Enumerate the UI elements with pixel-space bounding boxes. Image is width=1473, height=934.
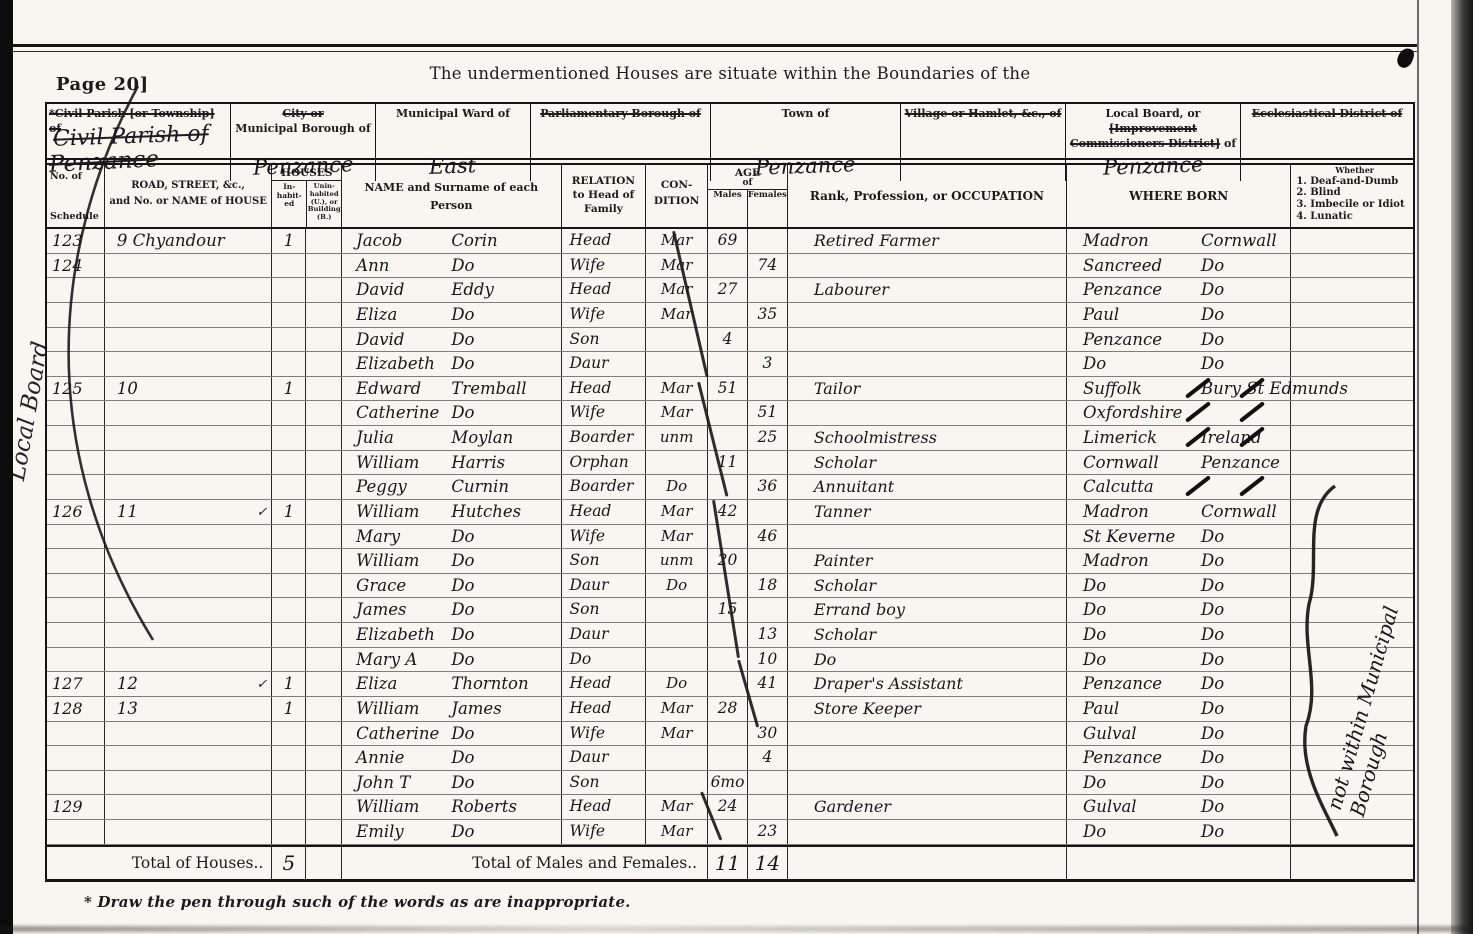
cell-inhabited: 1 [272, 377, 306, 401]
cell-name: EdwardTremball [342, 377, 561, 401]
cell-age-female [748, 598, 788, 622]
cell-where-born: DoDo [1067, 623, 1291, 647]
cell-condition [646, 746, 708, 770]
cell-condition: Mar [646, 500, 708, 524]
header-box-value: Penzance [252, 150, 353, 182]
cell-name: ElizabethDo [342, 623, 561, 647]
total-born-blank [1067, 847, 1291, 879]
table-row: 126 11✓ 1 WilliamHutches Head Mar 42 Tan… [47, 500, 1413, 525]
cell-uninhabited [306, 426, 342, 450]
cell-age-male [708, 746, 748, 770]
cell-uninhabited [306, 525, 342, 549]
header-box-value: East [429, 151, 477, 181]
cell-road [105, 746, 273, 770]
cell-uninhabited [306, 697, 342, 721]
table-row: 128 13 1 WilliamJames Head Mar 28 Store … [47, 697, 1413, 722]
cell-occupation [788, 746, 1067, 770]
cell-infirmity [1291, 229, 1413, 253]
cell-age-female [748, 500, 788, 524]
total-infirmity-blank [1291, 847, 1413, 879]
cell-name: DavidDo [342, 328, 561, 352]
header-box-value: Penzance [755, 150, 856, 182]
cell-occupation [788, 771, 1067, 795]
total-occupation-blank [788, 847, 1067, 879]
cell-age-male [708, 623, 748, 647]
cell-relation: Wife [562, 525, 647, 549]
cell-inhabited [272, 426, 306, 450]
cell-age-female: 10 [748, 648, 788, 672]
table-row: Mary ADo Do 10 Do DoDo [47, 648, 1413, 673]
total-houses-label: Total of Houses.. [47, 847, 272, 879]
cell-where-born: SuffolkBury St Edmunds [1067, 377, 1291, 401]
pen-slash [1185, 475, 1211, 497]
scan-edge-right [1451, 0, 1473, 934]
cell-age-female: 46 [748, 525, 788, 549]
cell-name: CatherineDo [342, 722, 561, 746]
cell-inhabited: 1 [272, 697, 306, 721]
cell-occupation: Tanner [788, 500, 1067, 524]
pen-slash [1185, 402, 1211, 424]
cell-uninhabited [306, 401, 342, 425]
cell-age-female: 23 [748, 820, 788, 844]
cell-where-born: MadronCornwall [1067, 500, 1291, 524]
cell-inhabited [272, 648, 306, 672]
cell-schedule [47, 722, 105, 746]
cell-uninhabited [306, 574, 342, 598]
cell-relation: Son [562, 328, 647, 352]
cell-road: 12✓ [105, 672, 273, 696]
table-row: PeggyCurnin Boarder Do 36 Annuitant Calc… [47, 475, 1413, 500]
cell-condition: Mar [646, 303, 708, 327]
cell-infirmity [1291, 352, 1413, 376]
cell-age-male: 6mo [708, 771, 748, 795]
cell-age-male [708, 525, 748, 549]
cell-infirmity [1291, 377, 1413, 401]
cell-road [105, 771, 273, 795]
cell-occupation: Labourer [788, 278, 1067, 302]
cell-condition: Mar [646, 525, 708, 549]
cell-inhabited [272, 525, 306, 549]
cell-infirmity [1291, 451, 1413, 475]
cell-where-born: Oxfordshire [1067, 401, 1291, 425]
col-header-uninhabited: Unin- habited (U.), or Building (B.) [306, 181, 341, 227]
cell-condition: unm [646, 549, 708, 573]
cell-infirmity [1291, 278, 1413, 302]
cell-occupation: Scholar [788, 574, 1067, 598]
cell-age-male [708, 401, 748, 425]
cell-inhabited [272, 574, 306, 598]
cell-condition: Do [646, 475, 708, 499]
cell-age-female [748, 278, 788, 302]
cell-condition: Mar [646, 278, 708, 302]
cell-age-female: 3 [748, 352, 788, 376]
cell-condition: Do [646, 574, 708, 598]
cell-name: AnnDo [342, 254, 561, 278]
cell-age-male [708, 352, 748, 376]
cell-relation: Wife [562, 820, 647, 844]
cell-uninhabited [306, 278, 342, 302]
cell-name: WilliamRoberts [342, 795, 561, 819]
cell-occupation: Annuitant [788, 475, 1067, 499]
cell-road [105, 820, 273, 844]
cell-name: ElizabethDo [342, 352, 561, 376]
cell-condition: Mar [646, 722, 708, 746]
cell-age-male: 27 [708, 278, 748, 302]
cell-occupation: Draper's Assistant [788, 672, 1067, 696]
cell-inhabited [272, 820, 306, 844]
col-header-infirmity: Whether 1. Deaf-and-Dumb 2. Blind 3. Imb… [1291, 165, 1413, 227]
cell-occupation: Tailor [788, 377, 1067, 401]
cell-uninhabited [306, 451, 342, 475]
table-row: 124 AnnDo Wife Mar 74 SancreedDo [47, 254, 1413, 279]
cell-inhabited [272, 254, 306, 278]
col-header-males: Males [708, 190, 747, 227]
cell-name: ElizaDo [342, 303, 561, 327]
totals-row: Total of Houses.. 5 Total of Males and F… [45, 845, 1415, 882]
cell-occupation: Do [788, 648, 1067, 672]
cell-uninhabited [306, 475, 342, 499]
cell-inhabited [272, 303, 306, 327]
cell-occupation [788, 352, 1067, 376]
cell-uninhabited [306, 795, 342, 819]
cell-relation: Son [562, 598, 647, 622]
cell-relation: Wife [562, 401, 647, 425]
header-box-value: Penzance [1102, 150, 1203, 182]
cell-age-male [708, 254, 748, 278]
cell-condition: Do [646, 672, 708, 696]
cell-relation: Wife [562, 303, 647, 327]
total-houses-value: 5 [272, 847, 306, 879]
cell-infirmity [1291, 328, 1413, 352]
total-uninhabited [306, 847, 342, 879]
cell-where-born: DoDo [1067, 771, 1291, 795]
cell-inhabited [272, 795, 306, 819]
cell-uninhabited [306, 598, 342, 622]
col-header-condition: CON- DITION [646, 165, 708, 227]
cell-name: John TDo [342, 771, 561, 795]
cell-occupation [788, 328, 1067, 352]
table-row: AnnieDo Daur 4 PenzanceDo [47, 746, 1413, 771]
cell-age-male: 69 [708, 229, 748, 253]
table-row: 123 9 Chyandour 1 JacobCorin Head Mar 69… [47, 229, 1413, 254]
cell-age-female [748, 377, 788, 401]
cell-infirmity [1291, 401, 1413, 425]
cell-condition: Mar [646, 820, 708, 844]
cell-uninhabited [306, 820, 342, 844]
table-row: GraceDo Daur Do 18 Scholar DoDo [47, 574, 1413, 599]
cell-where-born: PenzanceDo [1067, 672, 1291, 696]
cell-relation: Head [562, 500, 647, 524]
top-rule-thin [0, 51, 1417, 52]
cell-age-female: 74 [748, 254, 788, 278]
cell-where-born: Calcutta [1067, 475, 1291, 499]
cell-inhabited [272, 549, 306, 573]
cell-inhabited [272, 598, 306, 622]
col-header-inhabited: In- habit- ed [272, 181, 306, 227]
cell-name: MaryDo [342, 525, 561, 549]
cell-inhabited [272, 328, 306, 352]
cell-inhabited [272, 278, 306, 302]
col-header-females: Females [747, 190, 787, 227]
cell-where-born: DoDo [1067, 648, 1291, 672]
cell-age-female: 4 [748, 746, 788, 770]
total-females: 14 [748, 847, 788, 879]
cell-where-born: LimerickIreland [1067, 426, 1291, 450]
cell-relation: Daur [562, 746, 647, 770]
top-rule [0, 44, 1417, 47]
cell-occupation: Schoolmistress [788, 426, 1067, 450]
cell-age-male: 28 [708, 697, 748, 721]
cell-age-female [748, 328, 788, 352]
cell-age-female [748, 229, 788, 253]
cell-inhabited: 1 [272, 672, 306, 696]
cell-inhabited [272, 746, 306, 770]
table-row: DavidEddy Head Mar 27 Labourer PenzanceD… [47, 278, 1413, 303]
cell-inhabited [272, 352, 306, 376]
col-header-relation: RELATION to Head of Family [562, 165, 647, 227]
pen-slash [1239, 402, 1265, 424]
table-row: 127 12✓ 1 ElizaThornton Head Do 41 Drape… [47, 672, 1413, 697]
cell-road [105, 648, 273, 672]
cell-age-female [748, 795, 788, 819]
cell-name: EmilyDo [342, 820, 561, 844]
cell-occupation [788, 401, 1067, 425]
cell-occupation: Retired Farmer [788, 229, 1067, 253]
table-row: DavidDo Son 4 PenzanceDo [47, 328, 1413, 353]
cell-occupation: Scholar [788, 623, 1067, 647]
cell-relation: Do [562, 648, 647, 672]
footnote: * Draw the pen through such of the words… [84, 893, 631, 911]
cell-condition: Mar [646, 697, 708, 721]
cell-uninhabited [306, 746, 342, 770]
cell-relation: Wife [562, 254, 647, 278]
cell-condition [646, 352, 708, 376]
cell-road: 13 [105, 697, 273, 721]
cell-relation: Boarder [562, 475, 647, 499]
cell-age-female [748, 549, 788, 573]
cell-occupation: Store Keeper [788, 697, 1067, 721]
table-row: CatherineDo Wife Mar 51 Oxfordshire [47, 401, 1413, 426]
cell-condition: unm [646, 426, 708, 450]
cell-inhabited [272, 771, 306, 795]
cell-inhabited [272, 722, 306, 746]
cell-infirmity [1291, 254, 1413, 278]
cell-name: ElizaThornton [342, 672, 561, 696]
table-row: WilliamHarris Orphan 11 Scholar Cornwall… [47, 451, 1413, 476]
cell-name: AnnieDo [342, 746, 561, 770]
cell-age-female: 25 [748, 426, 788, 450]
cell-where-born: DoDo [1067, 598, 1291, 622]
cell-road [105, 722, 273, 746]
cell-road [105, 795, 273, 819]
cell-name: DavidEddy [342, 278, 561, 302]
cell-inhabited [272, 475, 306, 499]
cell-occupation: Errand boy [788, 598, 1067, 622]
cell-occupation [788, 722, 1067, 746]
cell-age-female: 36 [748, 475, 788, 499]
cell-infirmity [1291, 303, 1413, 327]
cell-where-born: PenzanceDo [1067, 328, 1291, 352]
cell-relation: Wife [562, 722, 647, 746]
cell-where-born: GulvalDo [1067, 795, 1291, 819]
cell-uninhabited [306, 328, 342, 352]
table-row: EmilyDo Wife Mar 23 DoDo [47, 820, 1413, 845]
cell-where-born: PenzanceDo [1067, 278, 1291, 302]
cell-name: Mary ADo [342, 648, 561, 672]
table-row: MaryDo Wife Mar 46 St KeverneDo [47, 525, 1413, 550]
cell-age-male: 20 [708, 549, 748, 573]
table-row: JuliaMoylan Boarder unm 25 Schoolmistres… [47, 426, 1413, 451]
page-edge [1417, 0, 1419, 934]
total-males-females-label: Total of Males and Females.. [342, 847, 708, 879]
cell-occupation [788, 303, 1067, 327]
cell-name: WilliamJames [342, 697, 561, 721]
check-mark: ✓ [256, 501, 267, 524]
table-head: No. of Schedule ROAD, STREET, &c., and N… [45, 163, 1415, 229]
cell-name: PeggyCurnin [342, 475, 561, 499]
cell-relation: Orphan [562, 451, 647, 475]
cell-age-female [748, 771, 788, 795]
cell-age-female: 30 [748, 722, 788, 746]
cell-where-born: PaulDo [1067, 303, 1291, 327]
census-sheet: Page 20] The undermentioned Houses are s… [0, 0, 1473, 934]
cell-condition: Mar [646, 795, 708, 819]
cell-relation: Daur [562, 574, 647, 598]
cell-condition [646, 648, 708, 672]
cell-where-born: GulvalDo [1067, 722, 1291, 746]
cell-occupation: Scholar [788, 451, 1067, 475]
scan-smudge [0, 926, 1473, 932]
cell-relation: Daur [562, 352, 647, 376]
cell-name: GraceDo [342, 574, 561, 598]
cell-age-female [748, 451, 788, 475]
cell-age-female: 41 [748, 672, 788, 696]
cell-age-female: 13 [748, 623, 788, 647]
cell-infirmity [1291, 426, 1413, 450]
header-boxes: *Civil Parish [or Township] ofCivil Pari… [45, 102, 1415, 160]
cell-relation: Head [562, 278, 647, 302]
cell-occupation [788, 820, 1067, 844]
scan-edge-left [0, 0, 13, 934]
cell-inhabited [272, 401, 306, 425]
table-row: CatherineDo Wife Mar 30 GulvalDo [47, 722, 1413, 747]
table-row: ElizaDo Wife Mar 35 PaulDo [47, 303, 1413, 328]
table-row: ElizabethDo Daur 3 DoDo [47, 352, 1413, 377]
cell-age-male: 24 [708, 795, 748, 819]
cell-age-female: 51 [748, 401, 788, 425]
cell-uninhabited [306, 771, 342, 795]
cell-age-male: 4 [708, 328, 748, 352]
table-row: 125 10 1 EdwardTremball Head Mar 51 Tail… [47, 377, 1413, 402]
cell-condition [646, 451, 708, 475]
cell-relation: Head [562, 795, 647, 819]
table-row: John TDo Son 6mo DoDo [47, 771, 1413, 796]
cell-relation: Boarder [562, 426, 647, 450]
sheet-title: The undermentioned Houses are situate wi… [45, 64, 1415, 83]
cell-name: JacobCorin [342, 229, 561, 253]
cell-relation: Head [562, 697, 647, 721]
cell-condition: Mar [646, 401, 708, 425]
cell-uninhabited [306, 377, 342, 401]
table-row: WilliamDo Son unm 20 Painter MadronDo [47, 549, 1413, 574]
cell-inhabited [272, 623, 306, 647]
cell-schedule [47, 820, 105, 844]
cell-uninhabited [306, 648, 342, 672]
cell-uninhabited [306, 672, 342, 696]
cell-name: WilliamHutches [342, 500, 561, 524]
cell-where-born: SancreedDo [1067, 254, 1291, 278]
cell-name: WilliamDo [342, 549, 561, 573]
cell-age-male [708, 303, 748, 327]
cell-relation: Son [562, 549, 647, 573]
cell-schedule [47, 746, 105, 770]
cell-relation: Head [562, 229, 647, 253]
table-row: ElizabethDo Daur 13 Scholar DoDo [47, 623, 1413, 648]
cell-inhabited: 1 [272, 500, 306, 524]
cell-uninhabited [306, 352, 342, 376]
cell-name: JuliaMoylan [342, 426, 561, 450]
cell-name: WilliamHarris [342, 451, 561, 475]
cell-condition [646, 771, 708, 795]
cell-where-born: PaulDo [1067, 697, 1291, 721]
cell-occupation: Gardener [788, 795, 1067, 819]
cell-uninhabited [306, 722, 342, 746]
cell-schedule [47, 648, 105, 672]
cell-occupation [788, 254, 1067, 278]
cell-where-born: MadronDo [1067, 549, 1291, 573]
cell-relation: Head [562, 672, 647, 696]
cell-where-born: CornwallPenzance [1067, 451, 1291, 475]
cell-where-born: MadronCornwall [1067, 229, 1291, 253]
cell-name: JamesDo [342, 598, 561, 622]
cell-where-born: DoDo [1067, 574, 1291, 598]
table-row: 129 WilliamRoberts Head Mar 24 Gardener … [47, 795, 1413, 820]
cell-schedule: 129 [47, 795, 105, 819]
cell-age-male [708, 722, 748, 746]
cell-uninhabited [306, 623, 342, 647]
cell-where-born: PenzanceDo [1067, 746, 1291, 770]
cell-schedule: 128 [47, 697, 105, 721]
total-males: 11 [708, 847, 748, 879]
cell-where-born: DoDo [1067, 820, 1291, 844]
header-box-value: Penzance [48, 144, 159, 181]
cell-uninhabited [306, 254, 342, 278]
cell-occupation: Painter [788, 549, 1067, 573]
check-mark: ✓ [256, 673, 267, 696]
cell-inhabited: 1 [272, 229, 306, 253]
cell-uninhabited [306, 500, 342, 524]
cell-name: CatherineDo [342, 401, 561, 425]
cell-inhabited [272, 451, 306, 475]
cell-occupation [788, 525, 1067, 549]
cell-where-born: St KeverneDo [1067, 525, 1291, 549]
cell-age-female: 35 [748, 303, 788, 327]
cell-schedule [47, 771, 105, 795]
cell-schedule: 127 [47, 672, 105, 696]
cell-uninhabited [306, 303, 342, 327]
table-body: 123 9 Chyandour 1 JacobCorin Head Mar 69… [45, 229, 1415, 845]
cell-age-male: 51 [708, 377, 748, 401]
cell-relation: Son [562, 771, 647, 795]
cell-age-female: 18 [748, 574, 788, 598]
cell-condition [646, 623, 708, 647]
cell-uninhabited [306, 229, 342, 253]
cell-uninhabited [306, 549, 342, 573]
pen-slash [1239, 475, 1265, 497]
cell-relation: Daur [562, 623, 647, 647]
cell-condition [646, 598, 708, 622]
cell-where-born: DoDo [1067, 352, 1291, 376]
